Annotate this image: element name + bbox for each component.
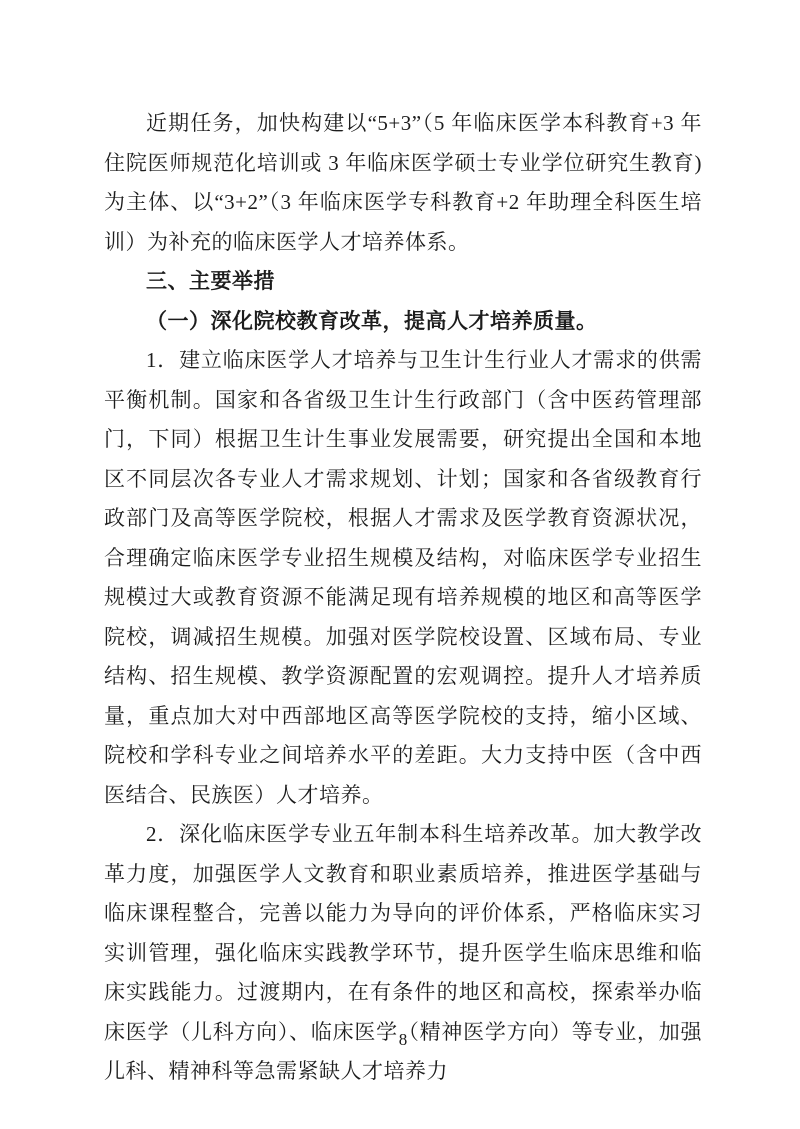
document-body: 近期任务，加快构建以“5+3”（5 年临床医学本科教育+3 年住院医师规范化培训… (104, 104, 702, 1092)
section-heading-main-measures: 三、主要举措 (104, 262, 702, 302)
paragraph-recent-tasks: 近期任务，加快构建以“5+3”（5 年临床医学本科教育+3 年住院医师规范化培训… (104, 104, 702, 262)
document-page: 近期任务，加快构建以“5+3”（5 年临床医学本科教育+3 年住院医师规范化培训… (0, 0, 800, 1129)
paragraph-item-1-supply-demand-balance: 1．建立临床医学人才培养与卫生计生行业人才需求的供需平衡机制。国家和各省级卫生计… (104, 341, 702, 815)
page-number: 8 (104, 1028, 702, 1052)
subsection-heading-school-education-reform: （一）深化院校教育改革，提高人才培养质量。 (104, 302, 702, 342)
